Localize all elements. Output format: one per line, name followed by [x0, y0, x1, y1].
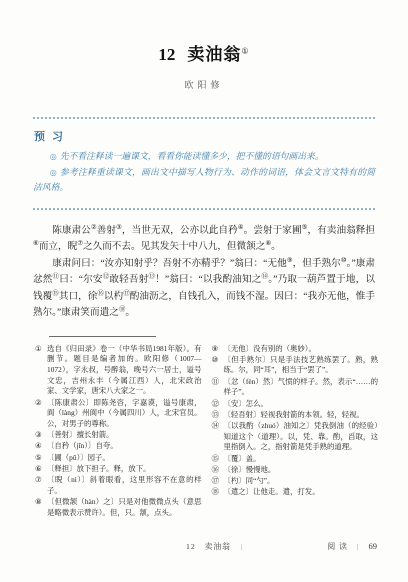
footnote-ref: ⑱ [119, 306, 126, 313]
footnote-ref: ⑦ [77, 240, 83, 247]
footnote-entry: ⑯〔徐〕慢慢地。 [212, 465, 379, 476]
footnote-text: 〔圃（pǔ）〕园子。 [47, 453, 202, 464]
footnote-ref: ② [91, 223, 97, 230]
footnote-number: ⑪ [212, 377, 224, 398]
footnote-ref: ⑧ [265, 240, 271, 247]
footnote-entry: ⑤〔圃（pǔ）〕园子。 [35, 453, 202, 464]
footnote-entry: ⑱〔遣之〕让他走。遣，打发。 [212, 487, 379, 498]
lesson-number: 12 [158, 45, 175, 64]
footnote-entry: ④〔自矜（jīn）〕自夸。 [35, 441, 202, 452]
footnote-number: ② [35, 398, 47, 430]
footnote-entry: ⑦〔睨（nì）〕斜着眼看，这里形容不在意的样子。 [35, 475, 202, 496]
preview-items: ◎先不看注释读一遍课文，看看你能读懂多少，把不懂的语句画出来。◎参考注释重读课文… [33, 149, 375, 196]
footnote-text: 〔善射〕擅长射箭。 [47, 430, 202, 441]
ring-bullet-icon: ◎ [50, 152, 57, 161]
footnote-number: ⑬ [212, 410, 224, 421]
footnote-ref: ⑭ [262, 273, 269, 280]
footnote-entry: ③〔善射〕擅长射箭。 [35, 430, 202, 441]
footnote-entry: ⑥〔释担〕放下担子。释，放下。 [35, 464, 202, 475]
author-name: 欧阳修 [0, 78, 408, 91]
footnote-text: 〔但手熟尔〕只是手法技艺熟练罢了。熟，熟练。尔，同“耳”，相当于“罢了”。 [224, 355, 379, 376]
footnote-entry: ⑧〔但微颔（hàn）之〕只是对他微微点头（意思是略微表示赞许）。但，只。颔，点头… [35, 497, 202, 518]
footer-lesson-label: 12 卖油翁| [186, 541, 244, 552]
page-number: 69 [369, 541, 378, 551]
footnote-ref: ⑤ [302, 223, 308, 230]
footnote-number: ⑨ [212, 344, 224, 355]
footnotes-left-column: ①选自《归田录》卷一（中华书局1981年版）。有删节。题目是编者加的。欧阳修（1… [35, 344, 202, 519]
footnote-text: 〔睨（nì）〕斜着眼看，这里形容不在意的样子。 [47, 475, 202, 496]
footnote-ref: ⑫ [103, 273, 110, 280]
lesson-body-text: 陈康肃公②善射③，当世无双，公亦以此自矜④。尝射于家圃⑤，有卖油翁释担⑥而立，睨… [33, 223, 375, 322]
footnote-text: 〔自矜（jīn）〕自夸。 [47, 441, 202, 452]
footnote-ref: ⑩ [341, 256, 347, 263]
body-paragraph: 康肃问曰：“汝亦知射乎？吾射不亦精乎？”翁曰：“无他⑨，但手熟尔⑩。”康肃忿然⑪… [33, 256, 375, 322]
footnote-ref: ⑯ [97, 289, 104, 296]
footnote-number: ⑭ [212, 421, 224, 453]
body-paragraph: 陈康肃公②善射③，当世无双，公亦以此自矜④。尝射于家圃⑤，有卖油翁释担⑥而立，睨… [33, 223, 375, 256]
footer-divider-bar: | [241, 542, 244, 551]
footnote-entry: ⑮〔覆〕盖。 [212, 454, 379, 465]
page-footer: 12 卖油翁| 阅 读|69 [0, 541, 408, 555]
footnote-text: 〔无他〕没有别的（奥妙）。 [224, 344, 379, 355]
footnote-number: ⑥ [35, 464, 47, 475]
lesson-title-text: 卖油翁 [187, 45, 241, 64]
footnote-text: 〔覆〕盖。 [224, 454, 379, 465]
title-block: 12卖油翁① 欧阳修 [0, 0, 408, 91]
footnote-ref: ⑬ [148, 273, 155, 280]
footnote-ref: ③ [116, 223, 122, 230]
footnote-entry: ⑰〔杓〕同“勺”。 [212, 476, 379, 487]
footnote-ref: ⑨ [287, 256, 293, 263]
footnote-divider-rule [49, 336, 156, 337]
footnote-text: 〔徐〕慢慢地。 [224, 465, 379, 476]
footnote-number: ⑧ [35, 497, 47, 518]
textbook-page: 12卖油翁① 欧阳修 预习 ◎先不看注释读一遍课文，看看你能读懂多少，把不懂的语… [0, 0, 408, 582]
footnote-ref: ⑪ [53, 273, 60, 280]
footnote-ref: ④ [238, 223, 244, 230]
preview-section: 预习 ◎先不看注释读一遍课文，看看你能读懂多少，把不懂的语句画出来。◎参考注释重… [33, 117, 375, 210]
lesson-title: 12卖油翁① [0, 40, 408, 65]
footnote-entry: ②〔陈康肃公〕即陈尧咨，字嘉谟，谥号康肃，阆（làng）州阆中（今属四川）人，北… [35, 398, 202, 430]
footnote-entry: ⑩〔但手熟尔〕只是手法技艺熟练罢了。熟，熟练。尔，同“耳”，相当于“罢了”。 [212, 355, 379, 376]
footnote-ref: ⑮ [52, 289, 59, 296]
footnote-number: ⑫ [212, 399, 224, 410]
footnote-text: 〔轻吾射〕轻视我射箭的本领。轻，轻视。 [224, 410, 379, 421]
footnote-number: ④ [35, 441, 47, 452]
footnote-entry: ⑭〔以我酌（zhuó）油知之〕凭我倒油（的经验）知道这个（道理）。以，凭、靠。酌… [212, 421, 379, 453]
footer-right-group: 阅 读|69 [327, 541, 377, 552]
footnote-number: ① [35, 344, 47, 398]
footnote-text: 〔遣之〕让他走。遣，打发。 [224, 487, 379, 498]
footnote-ref: ⑰ [123, 289, 130, 296]
footer-divider-bar: | [357, 542, 360, 551]
footnote-entry: ⑫〔安〕怎么。 [212, 399, 379, 410]
footnote-number: ⑰ [212, 476, 224, 487]
footnote-ref: ⑥ [33, 240, 39, 247]
footnote-number: ⑯ [212, 465, 224, 476]
footnote-text: 〔陈康肃公〕即陈尧咨，字嘉谟，谥号康肃，阆（làng）州阆中（今属四川）人，北宋… [47, 398, 202, 430]
footnote-number: ⑮ [212, 454, 224, 465]
footnote-text: 〔忿（fèn）然〕气愤的样子。然，表示“……的样子”。 [224, 377, 379, 398]
footnote-text: 选自《归田录》卷一（中华书局1981年版）。有删节。题目是编者加的。欧阳修（10… [47, 344, 202, 398]
footnote-number: ⑱ [212, 487, 224, 498]
preview-heading: 预习 [34, 128, 375, 144]
footnotes-right-column: ⑨〔无他〕没有别的（奥妙）。⑩〔但手熟尔〕只是手法技艺熟练罢了。熟，熟练。尔，同… [212, 344, 379, 519]
preview-item: ◎参考注释重读课文，画出文中描写人物行为、动作的词语，体会文言文特有的简洁风格。 [33, 165, 375, 196]
footnote-entry: ⑨〔无他〕没有别的（奥妙）。 [212, 344, 379, 355]
footnote-text: 〔安〕怎么。 [224, 399, 379, 410]
title-footnote-ref: ① [241, 46, 249, 55]
footnote-number: ⑦ [35, 475, 47, 496]
footnotes-section: ①选自《归田录》卷一（中华书局1981年版）。有删节。题目是编者加的。欧阳修（1… [35, 344, 378, 519]
footnote-number: ⑩ [212, 355, 224, 376]
footnote-text: 〔但微颔（hàn）之〕只是对他微微点头（意思是略微表示赞许）。但，只。颔，点头。 [47, 497, 202, 518]
footnote-number: ③ [35, 430, 47, 441]
footnote-text: 〔释担〕放下担子。释，放下。 [47, 464, 202, 475]
footnote-text: 〔以我酌（zhuó）油知之〕凭我倒油（的经验）知道这个（道理）。以，凭、靠。酌，… [224, 421, 379, 453]
footnote-text: 〔杓〕同“勺”。 [224, 476, 379, 487]
footer-lesson-text: 12 卖油翁 [186, 542, 231, 551]
ring-bullet-icon: ◎ [50, 168, 57, 177]
footnote-number: ⑤ [35, 453, 47, 464]
footnote-entry: ⑬〔轻吾射〕轻视我射箭的本领。轻，轻视。 [212, 410, 379, 421]
footnote-entry: ①选自《归田录》卷一（中华书局1981年版）。有删节。题目是编者加的。欧阳修（1… [35, 344, 202, 398]
preview-item: ◎先不看注释读一遍课文，看看你能读懂多少，把不懂的语句画出来。 [33, 149, 375, 165]
footer-section-label: 阅 读 [327, 542, 348, 551]
footnote-entry: ⑪〔忿（fèn）然〕气愤的样子。然，表示“……的样子”。 [212, 377, 379, 398]
